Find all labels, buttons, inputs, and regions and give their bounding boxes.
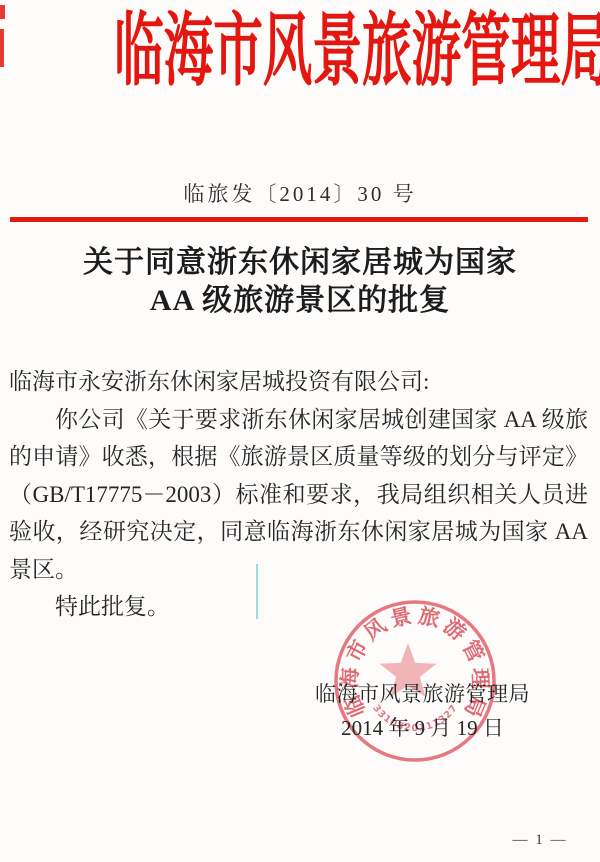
document-page: 临海市风景旅游管理局文件 临旅发〔2014〕30 号 关于同意浙东休闲家居城为国… — [0, 0, 600, 862]
document-title-line-1: 关于同意浙东休闲家居城为国家 — [0, 244, 600, 282]
document-title-line-2: AA 级旅游景区的批复 — [0, 282, 600, 320]
scan-artifact-cyan-line — [256, 564, 258, 619]
closing-line: 特此批复。 — [9, 588, 588, 626]
body-line: 景区。 — [9, 551, 588, 589]
addressee-line: 临海市永安浙东休闲家居城投资有限公司: — [9, 363, 588, 401]
page-number: — 1 — — [498, 832, 582, 849]
document-title: 关于同意浙东休闲家居城为国家 AA 级旅游景区的批复 — [0, 244, 600, 320]
signoff-agency: 临海市风景旅游管理局 — [305, 681, 540, 707]
letterhead-title: 临海市风景旅游管理局文件 — [114, 6, 486, 98]
signoff-date: 2014 年 9 月 19 日 — [305, 715, 540, 741]
body-text: 临海市永安浙东休闲家居城投资有限公司: 你公司《关于要求浙东休闲家居城创建国家 … — [9, 363, 588, 626]
body-line: （GB/T17775－2003）标准和要求，我局组织相关人员进行检查 — [9, 476, 588, 514]
scan-edge-red-fragment — [0, 5, 5, 19]
signoff-block: 临海市风景旅游管理局 2014 年 9 月 19 日 — [305, 681, 540, 741]
body-line: 你公司《关于要求浙东休闲家居城创建国家 AA 级旅游景区 — [9, 401, 588, 439]
scan-edge-red-fragment — [0, 29, 4, 67]
body-line: 的申请》收悉，根据《旅游景区质量等级的划分与评定》（修订） — [9, 438, 588, 476]
document-number: 临旅发〔2014〕30 号 — [0, 178, 600, 208]
red-divider-line — [10, 217, 588, 222]
body-line: 验收，经研究决定，同意临海浙东休闲家居城为国家 AA 级旅游 — [9, 513, 588, 551]
